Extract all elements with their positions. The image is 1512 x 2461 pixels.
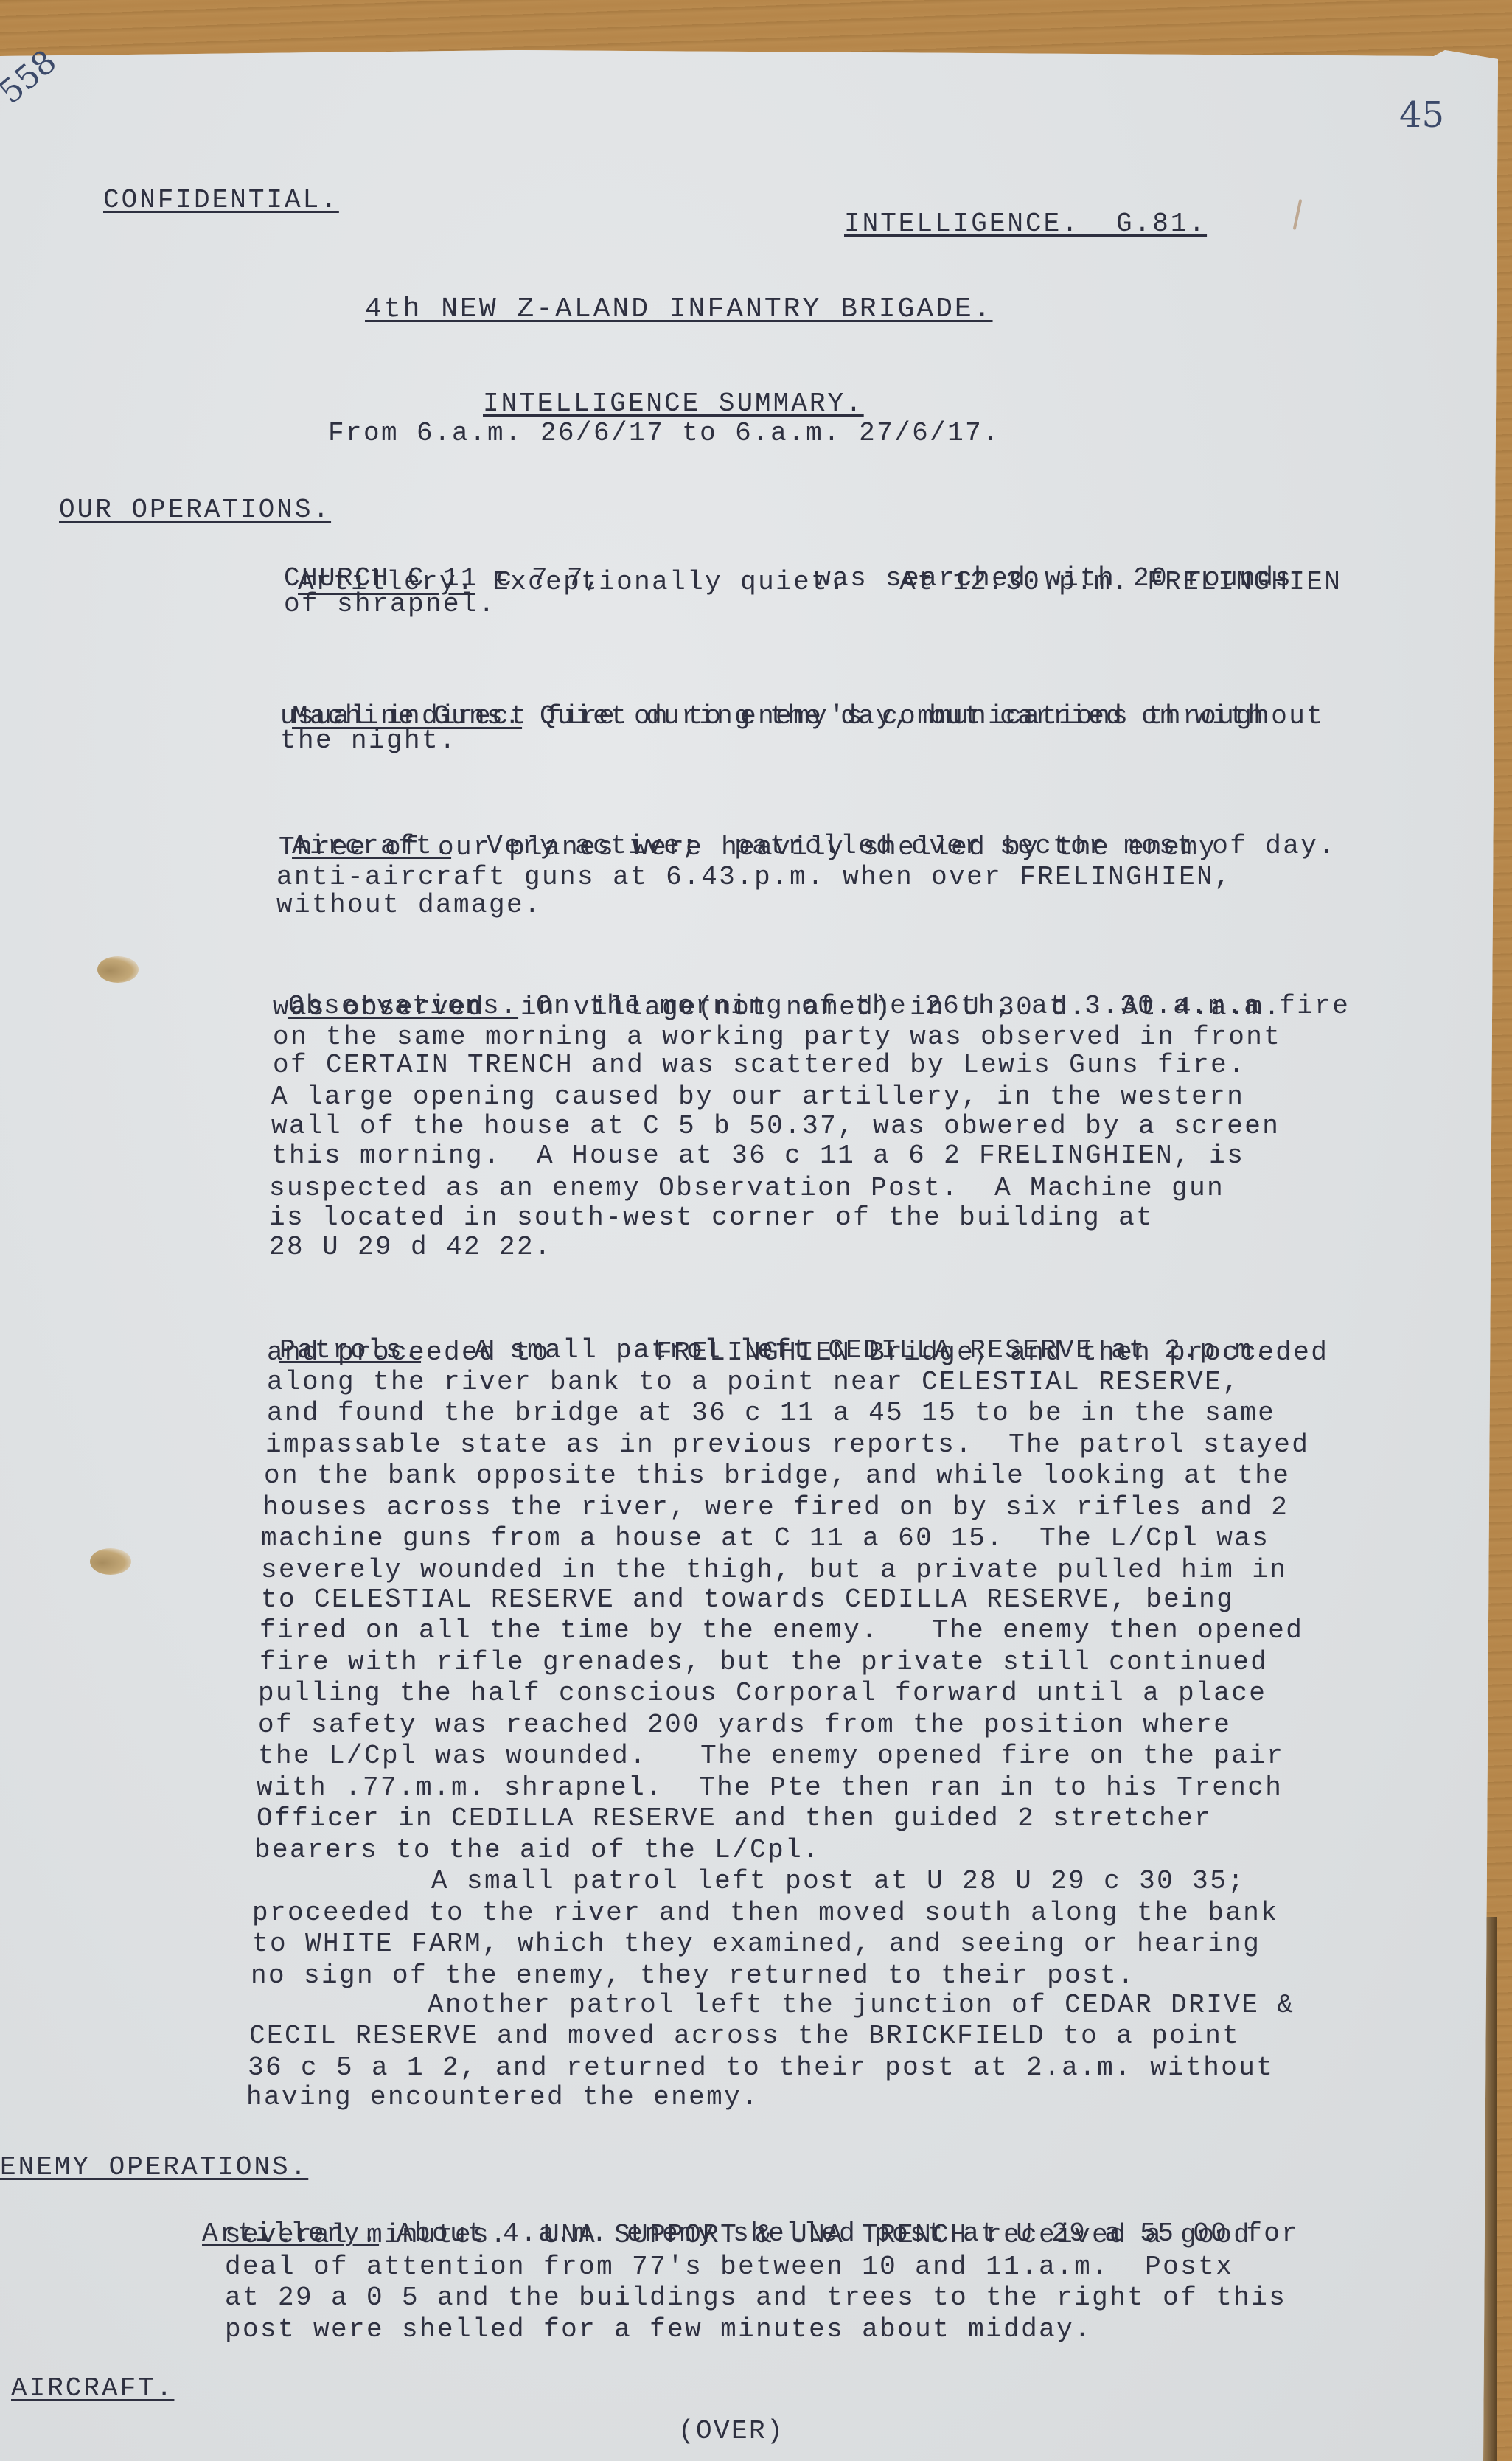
reference-label: INTELLIGENCE. G.81.: [844, 209, 1207, 239]
text-line: at 29 a 0 5 and the buildings and trees …: [225, 2283, 1286, 2313]
continuation-note: (OVER): [678, 2417, 784, 2446]
text-line: 28 U 29 d 42 22.: [269, 1233, 552, 1262]
text-line: along the river bank to a point near CEL…: [267, 1368, 1240, 1397]
text-line: and found the bridge at 36 c 11 a 45 15 …: [267, 1399, 1275, 1428]
text-line: the L/Cpl was wounded. The enemy opened …: [258, 1741, 1284, 1771]
text-line: fired on all the time by the enemy. The …: [259, 1616, 1303, 1646]
section-heading-our-operations: OUR OPERATIONS.: [59, 495, 331, 525]
text-line: Three of our planes were heavily shelled…: [279, 833, 1216, 863]
text-line: anti-aircraft guns at 6.43.p.m. when ove…: [276, 863, 1232, 892]
reporting-period: From 6.a.m. 26/6/17 to 6.a.m. 27/6/17.: [328, 419, 1000, 448]
text-line: Officer in CEDILLA RESERVE and then guid…: [257, 1804, 1212, 1834]
text-line: impassable state as in previous reports.…: [265, 1430, 1309, 1460]
page-number: 45: [1399, 94, 1444, 136]
text-line: A large opening caused by our artillery,…: [271, 1082, 1244, 1112]
unit-title: 4th NEW Z-ALAND INFANTRY BRIGADE.: [365, 295, 993, 324]
classification-label: CONFIDENTIAL.: [103, 186, 339, 215]
text-line: fire with rifle grenades, but the privat…: [259, 1648, 1268, 1677]
text-line: of safety was reached 200 yards from the…: [258, 1710, 1231, 1740]
text-line: CECIL RESERVE and moved across the BRICK…: [249, 2022, 1240, 2051]
text-line: is located in south-west corner of the b…: [269, 1203, 1154, 1233]
section-heading-aircraft: AIRCRAFT.: [11, 2374, 174, 2403]
text-line: 36 c 5 a 1 2, and returned to their post…: [248, 2053, 1274, 2083]
text-line: was observed in village(not named) in U …: [273, 993, 1281, 1023]
text-line: of shrapnel.: [284, 590, 496, 619]
text-line: several minutes. UNA SUPPORT & UNA TRENC…: [225, 2221, 1251, 2250]
text-line: on the bank opposite this bridge, and wh…: [264, 1461, 1290, 1491]
text-line: to WHITE FARM, which they examined, and …: [252, 1929, 1261, 1959]
text-line: severely wounded in the thigh, but a pri…: [261, 1556, 1287, 1585]
text-line: without damage.: [276, 891, 542, 920]
document-title: INTELLIGENCE SUMMARY.: [483, 389, 864, 419]
text-line: the night.: [280, 726, 457, 756]
text-line: proceeded to the river and then moved so…: [252, 1898, 1278, 1928]
text-line: with .77.m.m. shrapnel. The Pte then ran…: [257, 1773, 1283, 1803]
text-line: no sign of the enemy, they returned to t…: [251, 1961, 1135, 1991]
text-line: and proceeded to FRELINGHIEN Bridge, and…: [267, 1338, 1328, 1368]
text-line: post were shelled for a few minutes abou…: [225, 2315, 1092, 2345]
text-line: suspected as an enemy Observation Post. …: [269, 1174, 1224, 1203]
text-line: having encountered the enemy.: [246, 2083, 759, 2112]
text-line: to CELESTIAL RESERVE and towards CEDILLA…: [261, 1585, 1234, 1615]
section-heading-enemy-operations: ENEMY OPERATIONS.: [0, 2153, 308, 2182]
hole-punch-upper: [97, 956, 139, 983]
text-line: machine guns from a house at C 11 a 60 1…: [261, 1524, 1269, 1553]
hole-punch-lower: [90, 1548, 131, 1575]
text-line: A small patrol left post at U 28 U 29 c …: [254, 1867, 1245, 1896]
text-line: pulling the half conscious Corporal forw…: [258, 1679, 1267, 1708]
text-line: wall of the house at C 5 b 50.37, was ob…: [271, 1112, 1280, 1141]
text-line: this morning. A House at 36 c 11 a 6 2 F…: [271, 1141, 1244, 1171]
text-line: houses across the river, were fired on b…: [262, 1493, 1289, 1522]
text-line: of CERTAIN TRENCH and was scattered by L…: [273, 1051, 1246, 1080]
text-line: on the same morning a working party was …: [273, 1023, 1281, 1052]
text-line: bearers to the aid of the L/Cpl.: [254, 1836, 821, 1865]
text-line: Another patrol left the junction of CEDA…: [251, 1991, 1295, 2020]
text-line: deal of attention from 77's between 10 a…: [225, 2252, 1233, 2282]
